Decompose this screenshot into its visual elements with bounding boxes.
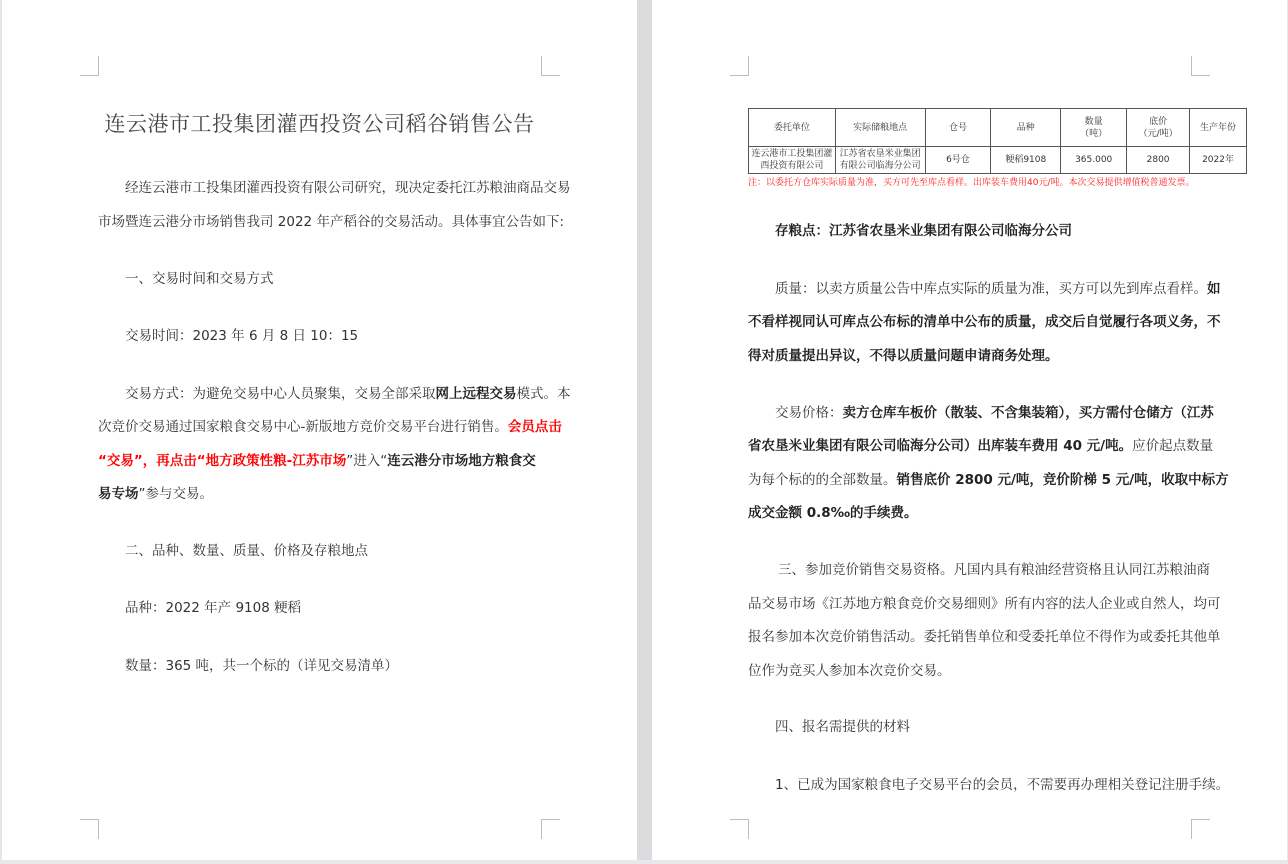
header-entrusting-unit: 委托单位 <box>749 109 836 147</box>
trade-method-line-2: 次竞价交易通过国家粮食交易中心-新版地方竞价交易平台进行销售。会员点击 <box>98 411 562 445</box>
storage-point: 存粮点：江苏省农垦米业集团有限公司临海分公司 <box>775 215 1072 249</box>
quality-line-2: 不看样视同认可库点公布标的清单中公布的质量，成交后自觉履行各项义务，不 <box>748 306 1221 340</box>
header-storage-location: 实际储粮地点 <box>835 109 925 147</box>
section-1-heading: 一、交易时间和交易方式 <box>125 263 274 297</box>
section-3-line-1: 三、参加竞价销售交易资格。凡国内具有粮油经营资格且认同江苏粮油商 <box>778 554 1210 588</box>
text-span: 应价起点数量 <box>1132 438 1213 454</box>
text-span: 交易方式：为避免交易中心人员聚集，交易全部采取 <box>125 386 436 402</box>
header-production-year: 生产年份 <box>1190 109 1247 147</box>
trade-list-table: 委托单位 实际储粮地点 仓号 品种 数量 （吨） 底价 （元/吨） 生产年份 连… <box>748 108 1247 174</box>
text-span: ”参与交易。 <box>139 486 214 502</box>
intro-line-1: 经连云港市工投集团灌西投资有限公司研究，现决定委托江苏粮油商品交易 <box>125 172 571 206</box>
price-line-1: 交易价格：卖方仓库车板价（散装、不含集装箱），买方需付仓储方（江苏 <box>775 397 1214 431</box>
trade-time: 交易时间：2023 年 6 月 8 日 10：15 <box>125 320 358 354</box>
section-4-heading: 四、报名需提供的材料 <box>775 711 910 745</box>
margin-corner-mark <box>541 56 560 76</box>
header-variety: 品种 <box>991 109 1061 147</box>
text-span: 次竞价交易通过国家粮食交易中心-新版地方竞价交易平台进行销售。 <box>98 419 508 435</box>
cell-base-price: 2800 <box>1127 147 1190 174</box>
text-span: 质量：以卖方质量公告中库点实际的质量为准，买方可以先到库点看样。 <box>775 281 1207 297</box>
trade-method-line-1: 交易方式：为避免交易中心人员聚集，交易全部采取网上远程交易模式。本 <box>125 378 571 412</box>
header-base-price: 底价 （元/吨） <box>1127 109 1190 147</box>
margin-corner-mark <box>1191 56 1210 76</box>
section-3-line-4: 位作为竞买人参加本次竞价交易。 <box>748 655 951 689</box>
section-3-line-3: 报名参加本次竞价销售活动。委托销售单位和受委托单位不得作为或委托其他单 <box>748 621 1221 655</box>
document-title: 连云港市工投集团灌西投资公司稻谷销售公告 <box>2 108 637 138</box>
quantity: 数量：365 吨，共一个标的（详见交易清单） <box>125 650 398 684</box>
table-row: 连云港市工投集团灌西投资有限公司 江苏省农垦米业集团有限公司临海分公司 6号仓 … <box>749 147 1247 174</box>
text-span: 为每个标的的全部数量。 <box>748 472 897 488</box>
red-instruction: “交易”，再点击“地方政策性粮-江苏市场 <box>98 453 346 469</box>
materials-item-1: 1、已成为国家粮食电子交易平台的会员，不需要再办理相关登记注册手续。 <box>775 769 1229 803</box>
margin-corner-mark <box>80 819 99 839</box>
price-line-4: 成交金额 0.8‰的手续费。 <box>748 497 918 531</box>
header-quantity: 数量 （吨） <box>1061 109 1127 147</box>
price-line-2: 省农垦米业集团有限公司临海分公司）出库装车费用 40 元/吨。应价起点数量 <box>748 430 1213 464</box>
cell-variety: 粳稻9108 <box>991 147 1061 174</box>
viewer-bottom-edge <box>0 860 1288 864</box>
table-note: 注：以委托方仓库实际质量为准，买方可先至库点看样。出库装车费用40元/吨。本次交… <box>748 175 1195 188</box>
header-warehouse-no: 仓号 <box>925 109 991 147</box>
bold-span: 连云港分市场地方粮食交 <box>387 453 536 469</box>
section-3-line-2: 品交易市场《江苏地方粮食竞价交易细则》所有内容的法人企业或自然人，均可 <box>748 588 1221 622</box>
text-span: 交易价格： <box>775 405 843 421</box>
margin-corner-mark <box>541 819 560 839</box>
text-span: 模式。本 <box>517 386 571 402</box>
bold-span: 如 <box>1207 281 1221 297</box>
margin-corner-mark <box>80 56 99 76</box>
margin-corner-mark <box>1191 819 1210 839</box>
table-header-row: 委托单位 实际储粮地点 仓号 品种 数量 （吨） 底价 （元/吨） 生产年份 <box>749 109 1247 147</box>
margin-corner-mark <box>730 819 749 839</box>
quality-line-1: 质量：以卖方质量公告中库点实际的质量为准，买方可以先到库点看样。如 <box>775 273 1221 307</box>
document-page-1: 连云港市工投集团灌西投资公司稻谷销售公告 经连云港市工投集团灌西投资有限公司研究… <box>2 0 637 860</box>
red-instruction: 会员点击 <box>508 419 562 435</box>
cell-storage-location: 江苏省农垦米业集团有限公司临海分公司 <box>835 147 925 174</box>
text-span: ”进入“ <box>346 453 387 469</box>
trade-method-line-4: 易专场”参与交易。 <box>98 478 213 512</box>
bold-span: 卖方仓库车板价（散装、不含集装箱），买方需付仓储方（江苏 <box>843 405 1214 421</box>
bold-span: 销售底价 2800 元/吨，竞价阶梯 5 元/吨，收取中标方 <box>897 472 1229 488</box>
bold-span: 易专场 <box>98 486 139 502</box>
margin-corner-mark <box>730 56 749 76</box>
cell-production-year: 2022年 <box>1190 147 1247 174</box>
document-page-2: 委托单位 实际储粮地点 仓号 品种 数量 （吨） 底价 （元/吨） 生产年份 连… <box>652 0 1287 860</box>
price-line-3: 为每个标的的全部数量。销售底价 2800 元/吨，竞价阶梯 5 元/吨，收取中标… <box>748 464 1229 498</box>
intro-line-2: 市场暨连云港分市场销售我司 2022 年产稻谷的交易活动。具体事宜公告如下: <box>98 206 564 240</box>
bold-span: 网上远程交易 <box>436 386 517 402</box>
section-2-heading: 二、品种、数量、质量、价格及存粮地点 <box>125 535 368 569</box>
page-gutter <box>637 0 652 864</box>
bold-span: 省农垦米业集团有限公司临海分公司）出库装车费用 40 元/吨。 <box>748 438 1132 454</box>
variety: 品种：2022 年产 9108 粳稻 <box>125 592 301 626</box>
cell-quantity: 365.000 <box>1061 147 1127 174</box>
trade-method-line-3: “交易”，再点击“地方政策性粮-江苏市场”进入“连云港分市场地方粮食交 <box>98 445 536 479</box>
quality-line-3: 得对质量提出异议，不得以质量问题申请商务处理。 <box>748 340 1059 374</box>
cell-warehouse-no: 6号仓 <box>925 147 991 174</box>
cell-entrusting-unit: 连云港市工投集团灌西投资有限公司 <box>749 147 836 174</box>
